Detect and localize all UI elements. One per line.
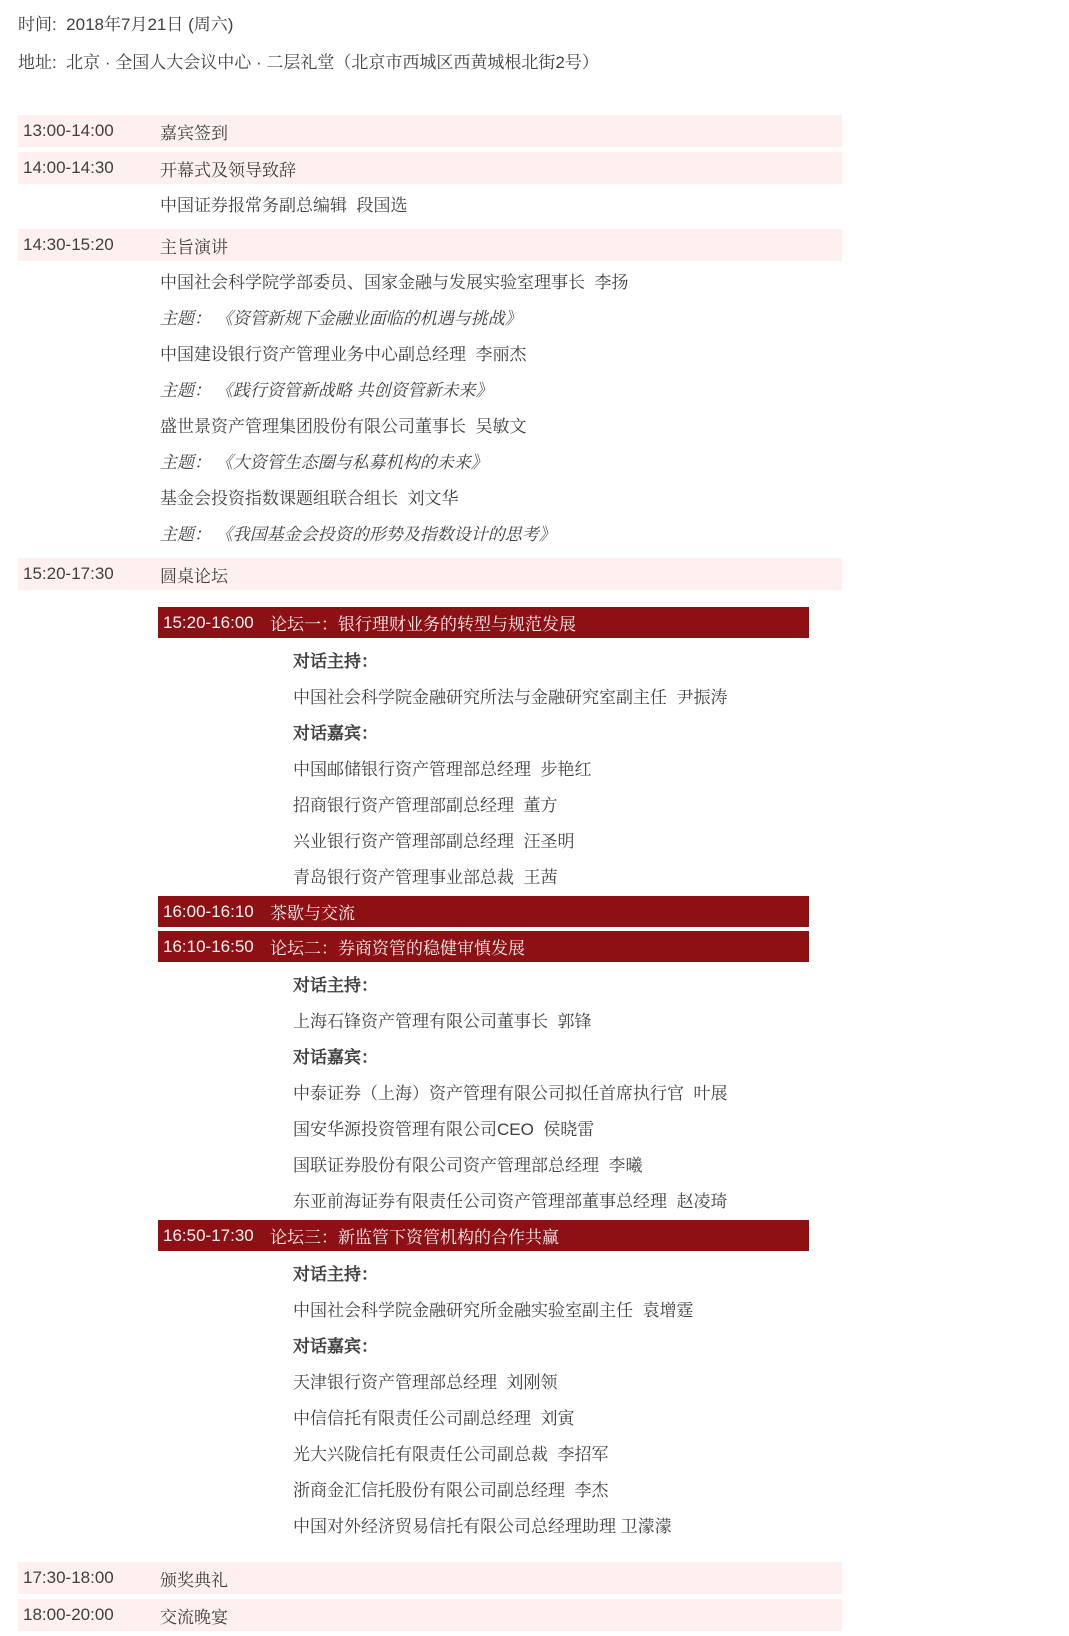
slot-time: 15:20-17:30 bbox=[23, 564, 160, 584]
speech-topic: 主题： 《我国基金会投资的形势及指数设计的思考》 bbox=[160, 517, 1069, 553]
dialog-role-label: 对话主持： bbox=[293, 968, 1069, 1004]
dialog-role-label: 对话嘉宾： bbox=[293, 1040, 1069, 1076]
speaker-line: 中信信托有限责任公司副总经理 刘寅 bbox=[293, 1401, 1069, 1437]
agenda-slot: 14:00-14:30开幕式及领导致辞中国证券报常务副总编辑 段国选 bbox=[18, 152, 1069, 224]
speaker-line: 中国社会科学院金融研究所法与金融研究室副主任 尹振涛 bbox=[293, 680, 1069, 716]
slot-time: 16:50-17:30 bbox=[163, 1226, 270, 1246]
slot-title: 论坛一：银行理财业务的转型与规范发展 bbox=[270, 610, 576, 635]
speaker-line: 中国证券报常务副总编辑 段国选 bbox=[160, 188, 1069, 224]
slot-time: 16:00-16:10 bbox=[163, 902, 270, 922]
time-slot-row: 14:00-14:30开幕式及领导致辞 bbox=[18, 152, 842, 184]
speaker-line: 中泰证券（上海）资产管理有限公司拟任首席执行官 叶展 bbox=[293, 1076, 1069, 1112]
speaker-line: 浙商金汇信托股份有限公司副总经理 李杰 bbox=[293, 1473, 1069, 1509]
slot-time: 18:00-20:00 bbox=[23, 1605, 160, 1625]
slot-title: 茶歇与交流 bbox=[270, 899, 355, 924]
agenda-slot: 17:30-18:00颁奖典礼 bbox=[18, 1562, 1069, 1594]
speaker-line: 国安华源投资管理有限公司CEO 侯晓雷 bbox=[293, 1112, 1069, 1148]
agenda-slot: 14:30-15:20主旨演讲中国社会科学院学部委员、国家金融与发展实验室理事长… bbox=[18, 229, 1069, 553]
time-slot-row: 15:20-17:30圆桌论坛 bbox=[18, 558, 842, 590]
forum-header-band: 16:10-16:50论坛二：券商资管的稳健审慎发展 bbox=[158, 931, 809, 962]
dialog-role-label: 对话嘉宾： bbox=[293, 716, 1069, 752]
agenda-slot: 13:00-14:00嘉宾签到 bbox=[18, 115, 1069, 147]
time-slot-row: 17:30-18:00颁奖典礼 bbox=[18, 1562, 842, 1594]
speech-topic: 主题： 《践行资管新战略 共创资管新未来》 bbox=[160, 373, 1069, 409]
speaker-lines: 对话主持：上海石锋资产管理有限公司董事长 郭锋对话嘉宾：中泰证券（上海）资产管理… bbox=[293, 968, 1069, 1220]
speaker-line: 青岛银行资产管理事业部总裁 王茜 bbox=[293, 860, 1069, 896]
speaker-line: 中国邮储银行资产管理部总经理 步艳红 bbox=[293, 752, 1069, 788]
time-slot-row: 14:30-15:20主旨演讲 bbox=[18, 229, 842, 261]
dialog-role-label: 对话主持： bbox=[293, 644, 1069, 680]
forum-section: 16:10-16:50论坛二：券商资管的稳健审慎发展对话主持：上海石锋资产管理有… bbox=[18, 931, 1069, 1220]
slot-title: 交流晚宴 bbox=[160, 1603, 228, 1628]
time-slot-row: 18:00-20:00交流晚宴 bbox=[18, 1599, 842, 1631]
forum-section: 15:20-16:00论坛一：银行理财业务的转型与规范发展对话主持：中国社会科学… bbox=[18, 607, 1069, 896]
slot-time: 15:20-16:00 bbox=[163, 613, 270, 633]
event-date-line: 时间: 2018年7月21日 (周六) bbox=[18, 13, 1069, 37]
speaker-line: 中国建设银行资产管理业务中心副总经理 李丽杰 bbox=[160, 337, 1069, 373]
slot-time: 14:30-15:20 bbox=[23, 235, 160, 255]
agenda-slot: 15:20-17:30圆桌论坛 bbox=[18, 558, 1069, 590]
forum-header-band: 16:50-17:30论坛三：新监管下资管机构的合作共赢 bbox=[158, 1220, 809, 1251]
speaker-lines: 对话主持：中国社会科学院金融研究所金融实验室副主任 袁增霆对话嘉宾：天津银行资产… bbox=[293, 1257, 1069, 1545]
speech-topic: 主题： 《资管新规下金融业面临的机遇与挑战》 bbox=[160, 301, 1069, 337]
event-address-line: 地址: 北京 · 全国人大会议中心 · 二层礼堂（北京市西城区西黄城根北街2号） bbox=[18, 51, 1069, 75]
forum-section: 16:00-16:10茶歇与交流 bbox=[18, 896, 1069, 927]
slot-title: 圆桌论坛 bbox=[160, 562, 228, 587]
dialog-role-label: 对话主持： bbox=[293, 1257, 1069, 1293]
speaker-lines: 中国证券报常务副总编辑 段国选 bbox=[160, 188, 1069, 224]
speaker-line: 东亚前海证券有限责任公司资产管理部董事总经理 赵凌琦 bbox=[293, 1184, 1069, 1220]
speaker-line: 招商银行资产管理部副总经理 董方 bbox=[293, 788, 1069, 824]
speaker-line: 基金会投资指数课题组联合组长 刘文华 bbox=[160, 481, 1069, 517]
speaker-lines: 中国社会科学院学部委员、国家金融与发展实验室理事长 李扬主题： 《资管新规下金融… bbox=[160, 265, 1069, 553]
slot-time: 13:00-14:00 bbox=[23, 121, 160, 141]
slot-time: 14:00-14:30 bbox=[23, 158, 160, 178]
event-meta: 时间: 2018年7月21日 (周六) 地址: 北京 · 全国人大会议中心 · … bbox=[0, 0, 1069, 75]
speech-topic: 主题： 《大资管生态圈与私募机构的未来》 bbox=[160, 445, 1069, 481]
conference-agenda-page: 时间: 2018年7月21日 (周六) 地址: 北京 · 全国人大会议中心 · … bbox=[0, 0, 1069, 1636]
time-slot-row: 13:00-14:00嘉宾签到 bbox=[18, 115, 842, 147]
slot-title: 论坛二：券商资管的稳健审慎发展 bbox=[270, 934, 525, 959]
speaker-line: 国联证券股份有限公司资产管理部总经理 李曦 bbox=[293, 1148, 1069, 1184]
slot-title: 主旨演讲 bbox=[160, 233, 228, 258]
speaker-lines: 对话主持：中国社会科学院金融研究所法与金融研究室副主任 尹振涛对话嘉宾：中国邮储… bbox=[293, 644, 1069, 896]
speaker-line: 盛世景资产管理集团股份有限公司董事长 吴敏文 bbox=[160, 409, 1069, 445]
speaker-line: 兴业银行资产管理部副总经理 汪圣明 bbox=[293, 824, 1069, 860]
slot-title: 嘉宾签到 bbox=[160, 119, 228, 144]
speaker-line: 中国对外经济贸易信托有限公司总经理助理 卫濛濛 bbox=[293, 1509, 1069, 1545]
slot-title: 开幕式及领导致辞 bbox=[160, 156, 296, 181]
agenda-slot: 18:00-20:00交流晚宴 bbox=[18, 1599, 1069, 1631]
speaker-line: 中国社会科学院金融研究所金融实验室副主任 袁增霆 bbox=[293, 1293, 1069, 1329]
slot-time: 16:10-16:50 bbox=[163, 937, 270, 957]
agenda-schedule: 13:00-14:00嘉宾签到14:00-14:30开幕式及领导致辞中国证券报常… bbox=[18, 115, 1069, 1631]
forum-header-band: 15:20-16:00论坛一：银行理财业务的转型与规范发展 bbox=[158, 607, 809, 638]
speaker-line: 天津银行资产管理部总经理 刘刚领 bbox=[293, 1365, 1069, 1401]
speaker-line: 中国社会科学院学部委员、国家金融与发展实验室理事长 李扬 bbox=[160, 265, 1069, 301]
forum-header-band: 16:00-16:10茶歇与交流 bbox=[158, 896, 809, 927]
slot-time: 17:30-18:00 bbox=[23, 1568, 160, 1588]
forum-section: 16:50-17:30论坛三：新监管下资管机构的合作共赢对话主持：中国社会科学院… bbox=[18, 1220, 1069, 1545]
slot-title: 论坛三：新监管下资管机构的合作共赢 bbox=[270, 1223, 559, 1248]
speaker-line: 光大兴陇信托有限责任公司副总裁 李招军 bbox=[293, 1437, 1069, 1473]
speaker-line: 上海石锋资产管理有限公司董事长 郭锋 bbox=[293, 1004, 1069, 1040]
dialog-role-label: 对话嘉宾： bbox=[293, 1329, 1069, 1365]
slot-title: 颁奖典礼 bbox=[160, 1566, 228, 1591]
